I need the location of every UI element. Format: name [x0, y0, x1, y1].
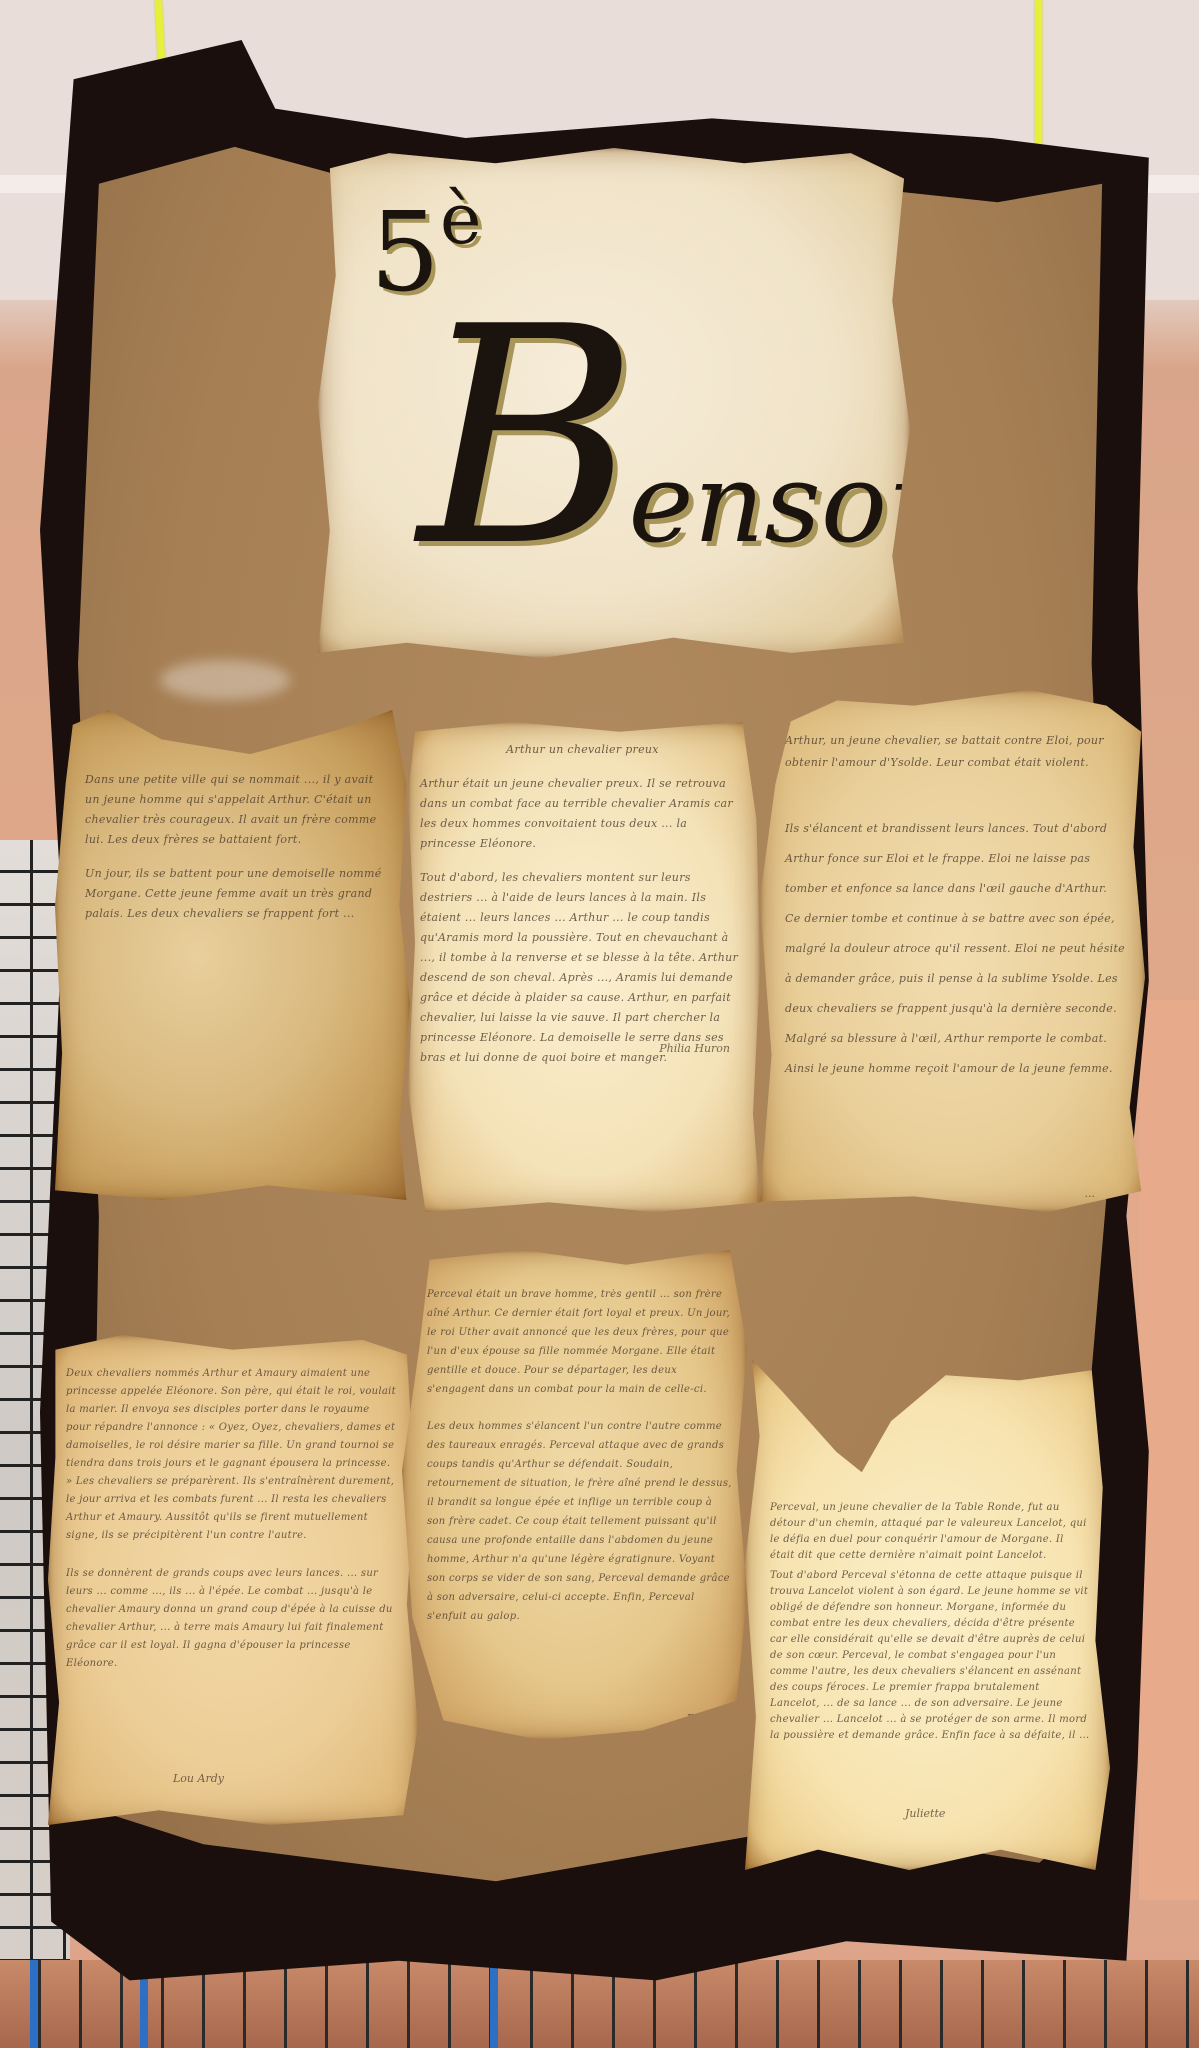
story-paragraph: Deux chevaliers nommés Arthur et Amaury …: [66, 1365, 396, 1545]
story-parchment-top-center: Arthur un chevalier preux Arthur était u…: [408, 722, 760, 1212]
blue-grid-post: [30, 1960, 38, 2048]
story-parchment-top-right: Arthur, un jeune chevalier, se battait c…: [760, 690, 1145, 1212]
light-glare: [160, 660, 290, 700]
author-signature: Lou Ardy: [173, 1772, 224, 1785]
author-signature: ...: [1085, 1187, 1096, 1200]
class-name: Benson: [418, 288, 910, 588]
story-title: Arthur un chevalier preux: [420, 740, 745, 760]
story-paragraph: Les deux hommes s'élancent l'un contre l…: [427, 1417, 732, 1626]
story-parchment-bottom-right: Perceval, un jeune chevalier de la Table…: [745, 1360, 1110, 1870]
story-paragraph: Un jour, ils se battent pour une demoise…: [85, 864, 385, 924]
story-paragraph: Ils s'élancent et brandissent leurs lanc…: [785, 814, 1125, 1084]
story-paragraph: Arthur, un jeune chevalier, se battait c…: [785, 730, 1125, 774]
story-paragraph: Arthur était un jeune chevalier preux. I…: [420, 774, 745, 854]
blue-grid-post: [490, 1960, 498, 2048]
story-paragraph: Dans une petite ville qui se nommait ...…: [85, 770, 385, 850]
author-signature: Juliette: [905, 1807, 945, 1820]
title-parchment: 5è Benson: [318, 148, 910, 658]
story-parchment-bottom-center: Perceval était un brave homme, très gent…: [402, 1250, 747, 1740]
story-paragraph: Tout d'abord, les chevaliers montent sur…: [420, 868, 745, 1068]
story-paragraph: Tout d'abord Perceval s'étonna de cette …: [770, 1568, 1090, 1744]
author-signature: Philia Huron: [659, 1042, 730, 1055]
story-parchment-top-left: Dans une petite ville qui se nommait ...…: [55, 710, 410, 1200]
story-parchment-bottom-left: Deux chevaliers nommés Arthur et Amaury …: [48, 1335, 418, 1825]
story-paragraph: Perceval était un brave homme, très gent…: [427, 1285, 732, 1399]
story-paragraph: Perceval, un jeune chevalier de la Table…: [770, 1500, 1090, 1564]
story-paragraph: Ils se donnèrent de grands coups avec le…: [66, 1565, 396, 1673]
